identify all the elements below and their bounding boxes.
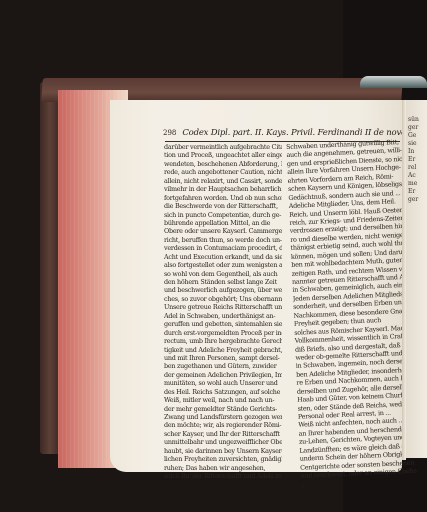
text-line: Obere oder unsere Kayserl. Cammerge- [164, 227, 282, 235]
text-fragment: ger [408, 196, 427, 204]
text-line: rectum, umb Ihre hergebrachte Gerech- [164, 337, 282, 345]
left-page: 298 Codex Dipl. part. II. Kays. Privil. … [110, 100, 402, 472]
text-line: munitäten, so wohl auch Unserer und [164, 379, 282, 387]
text-line: Unsere getreue Reichs Ritterschafft und [164, 303, 282, 311]
text-line: den höhern Ständen selbst lange Zeit [164, 278, 282, 286]
text-line: haubt, sie darinnen bey Unsern Kayser- [164, 447, 282, 455]
text-line: die Beschwerde von der Ritterschafft, [164, 202, 282, 210]
text-fragment: Ac [408, 172, 427, 180]
text-fragment: sie [408, 140, 427, 148]
header-title: Codex Dipl. part. II. Kays. Privil. Ferd… [182, 128, 406, 138]
text-line: sich in puncto Competentiæ, durch ge- [164, 211, 282, 219]
text-line: der mehr gemeldter Stände Gerichts- [164, 405, 282, 413]
text-line: verdessen in Contumaciam procedirt, die [164, 244, 282, 252]
text-line: vilmehr in der Hauptsachen beharrlich [164, 185, 282, 193]
text-line: allein, nicht relaxirt, und Cassirt, son… [164, 177, 282, 185]
text-line: scher Kayser, und Ihr der Ritterschafft [164, 430, 282, 438]
text-line: tigkeit und Adeliche Freyheit gebracht, [164, 346, 282, 354]
text-line: und mit Ihren Personen, sampt dersel- [164, 354, 282, 362]
text-line: ches, so zuvor obgehört; Uns obernannte [164, 295, 282, 303]
right-page-text: süngerGesieInErrelAcmeErger [408, 116, 427, 204]
text-line: des Heil. Reichs Satzungen, auf solche [164, 388, 282, 396]
bookmark-ribbon [360, 76, 427, 88]
book-cover-spine [40, 82, 60, 454]
text-line: wendeten, beschehenen Abforderung, Ein- [164, 160, 282, 168]
text-line: der gemeinen Adelichen Privilegien, Im- [164, 371, 282, 379]
text-line: durch erst-vorgemeldten Proceß per indi- [164, 329, 282, 337]
text-line: Adel in Schwaben, underthänigst an- [164, 312, 282, 320]
text-fragment: rel [408, 164, 427, 172]
text-line: Zwang und Landsfürstern gezogen wer- [164, 413, 282, 421]
text-line: also fortgestellet oder zum wenigsten al… [164, 261, 282, 269]
text-column-left: darüber vermeintlich aufgebrachte Cita-t… [164, 143, 282, 481]
text-line: lichen Freyheiten zuversichten, gnädigli… [164, 455, 282, 463]
text-line: fortgefahren worden. Und ob nun schon [164, 194, 282, 202]
text-column-right: Schwaben underthänig gutwillig Bitt,auch… [286, 138, 417, 489]
text-line: Acht und Execution erkandt, und da sie [164, 253, 282, 261]
running-header: 298 Codex Dipl. part. II. Kays. Privil. … [163, 128, 395, 138]
text-line: und beschwerlich aufgezogen, über wel- [164, 286, 282, 294]
text-line: unmittelbahr und ungezweifflicher Ober- [164, 438, 282, 446]
text-line: darüber vermeintlich aufgebrachte Cita- [164, 143, 282, 151]
text-line: geruffen und gebetten, sintemahlen sie [164, 320, 282, 328]
open-book: 298 Codex Dipl. part. II. Kays. Privil. … [38, 78, 427, 468]
right-page-sliver: süngerGesieInErrelAcmeErger [406, 100, 427, 458]
text-fragment: sün [408, 116, 427, 124]
text-line: ruhen; Das haben wir angesehen, [164, 464, 282, 472]
text-fragment: ger [408, 124, 427, 132]
text-fragment: Er [408, 188, 427, 196]
text-fragment: In [408, 148, 427, 156]
text-line: Weiß, mitler weil, nach und nach un- [164, 396, 282, 404]
text-line: tion und Proceß, ungeachtet aller einge- [164, 151, 282, 159]
text-fragment: Er [408, 156, 427, 164]
text-line: so wohl von dem Gegentheil, als auch [164, 270, 282, 278]
text-line: solch Ihr der Ritterschafft und Adels in [164, 472, 282, 480]
text-line: richt, beruffen thun, so werde doch un- [164, 236, 282, 244]
text-line: den möchte; wir, als regierender Römi- [164, 421, 282, 429]
page-number: 298 [163, 129, 176, 137]
text-fragment: me [408, 180, 427, 188]
text-line: bührende appellation Mittel, an die [164, 219, 282, 227]
text-line: rede, auch angebottener Caution, nicht [164, 168, 282, 176]
text-line: ben zugethanen und Gütern, zuwider [164, 362, 282, 370]
text-fragment: Ge [408, 132, 427, 140]
